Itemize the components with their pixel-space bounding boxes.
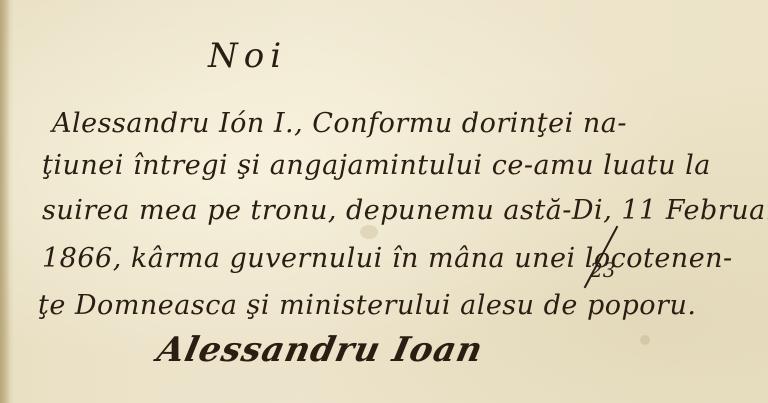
text-line-3: suirea mea pe tronu, depunemu astă-Di, 1…: [42, 195, 768, 226]
page-binding-edge: [0, 0, 10, 403]
signature: Alessandru Ioan: [154, 330, 487, 370]
text-line-1: Alessandru Ión I., Conformu dorinţei na-: [52, 108, 627, 139]
ink-stain: [640, 335, 650, 345]
manuscript-page: Noi Alessandru Ión I., Conformu dorinţei…: [0, 0, 768, 403]
text-line-2: ţiunei întregi şi angajamintului ce-amu …: [42, 150, 711, 181]
ink-stain: [360, 225, 378, 239]
document-heading: Noi: [208, 36, 287, 76]
text-line-4: 1866, kârma guvernului în mâna unei loco…: [42, 243, 733, 274]
text-line-5: ţe Domneasca şi ministerului alesu de po…: [38, 290, 696, 321]
